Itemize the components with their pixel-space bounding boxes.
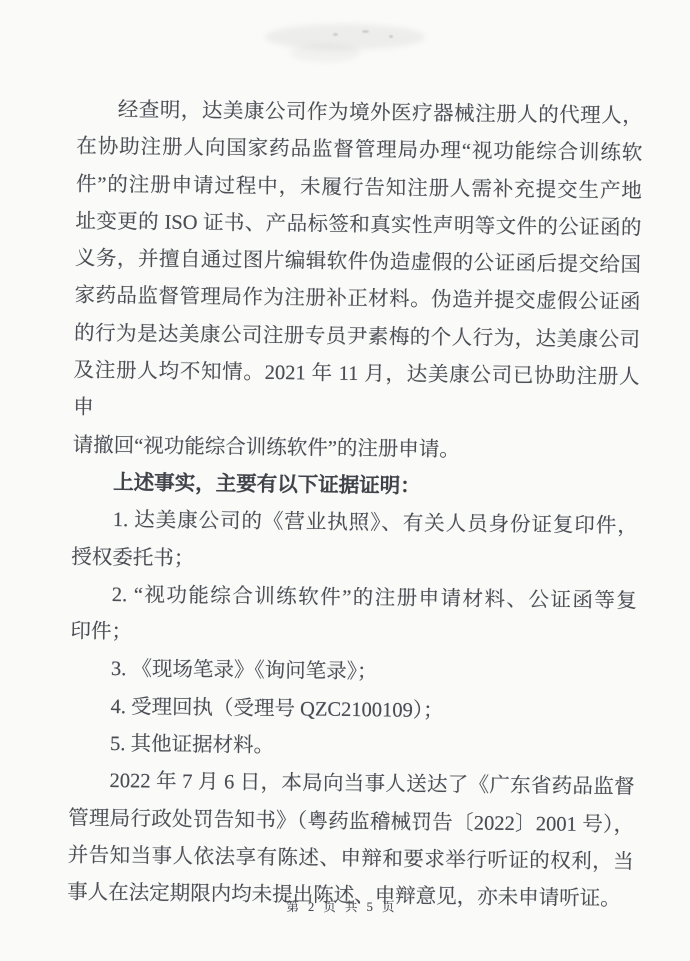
scan-speck (362, 30, 369, 33)
scan-speck (389, 35, 393, 38)
scan-speck (333, 33, 338, 36)
document-body: 经查明，达美康公司作为境外医疗器械注册人的代理人，在协助注册人向国家药品监督管理… (67, 92, 643, 919)
scan-smudge (290, 44, 360, 62)
scan-smudge (265, 24, 425, 50)
text-line: 在协助注册人向国家药品监督管理局办理“视功能综合训练软 (76, 129, 642, 173)
facts-paragraph: 经查明，达美康公司作为境外医疗器械注册人的代理人，在协助注册人向国家药品监督管理… (72, 92, 643, 472)
text-line: 2. “视功能综合训练软件”的注册申请材料、公证函等复 (71, 576, 637, 620)
page-number-footer: 第 2 页 共 5 页 (0, 897, 684, 915)
document-page: 经查明，达美康公司作为境外医疗器械注册人的代理人，在协助注册人向国家药品监督管理… (0, 0, 690, 961)
text-line: 及注册人均不知情。2021 年 11 月，达美康公司已协助注册人申 (73, 353, 640, 435)
text-line: 3. 《现场笔录》《询问笔录》； (70, 651, 636, 695)
text-line: 1. 达美康公司的《营业执照》、有关人员身份证复印件， (72, 502, 638, 546)
evidence-item-1: 1. 达美康公司的《营业执照》、有关人员身份证复印件，授权委托书； (71, 502, 638, 584)
text-line: 2022 年 7 月 6 日，本局向当事人送达了《广东省药品监督 (68, 763, 634, 807)
evidence-item-2: 2. “视功能综合训练软件”的注册申请材料、公证函等复印件； (70, 576, 637, 658)
evidence-item-3: 3. 《现场笔录》《询问笔录》； (70, 651, 636, 695)
notification-paragraph: 2022 年 7 月 6 日，本局向当事人送达了《广东省药品监督管理局行政处罚告… (67, 763, 635, 919)
